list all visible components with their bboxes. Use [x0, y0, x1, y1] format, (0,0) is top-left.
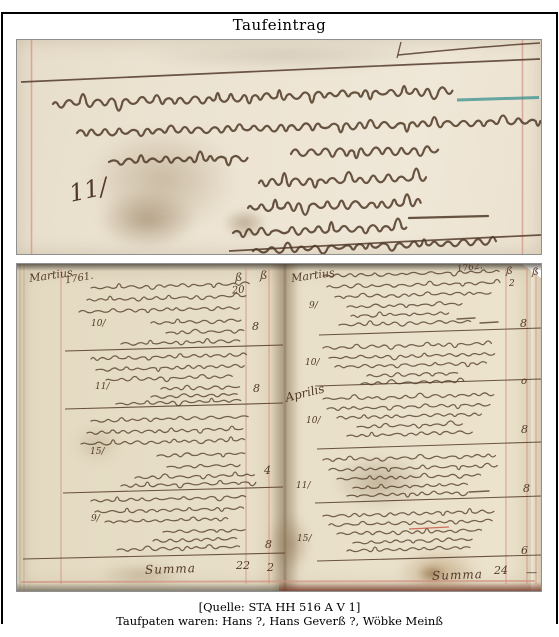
fee-value: 8 — [252, 321, 259, 332]
right-column-header-1: ß — [506, 267, 513, 277]
margin-number: 10/ — [305, 359, 319, 368]
register-scan: Martius 1761. ß 20 ß 10/ 11/ 15/ 9/ 8 8 … — [16, 263, 542, 592]
margin-number: 11/ — [296, 482, 310, 491]
margin-number: 15/ — [90, 448, 104, 457]
closeup-scan: 11/ — [16, 39, 542, 255]
margin-number: 9/ — [91, 515, 100, 524]
margin-number: 9/ — [309, 302, 318, 311]
summa-label: Summa — [432, 568, 483, 582]
fee-value: 8 — [265, 539, 272, 550]
fee-value: 6 — [521, 545, 528, 556]
closeup-handwriting-layer — [17, 40, 541, 254]
fee-value: 8 — [521, 424, 528, 435]
source-caption: [Quelle: STA HH 516 A V 1] — [0, 600, 559, 614]
summa-label: Summa — [145, 562, 196, 576]
left-column-header-2: ß — [260, 270, 267, 281]
right-column-header-2: ß — [532, 268, 539, 278]
right-page-handwriting — [323, 270, 500, 552]
fee-value: o — [521, 377, 527, 387]
summa-value: 22 — [236, 560, 250, 571]
fee-value: 4 — [264, 465, 271, 476]
fee-value: 8 — [520, 318, 527, 329]
red-underline-mark — [409, 527, 449, 529]
entry-separator-lines — [21, 42, 541, 251]
document-title: Taufeintrag — [0, 16, 559, 34]
ruled-lines — [32, 40, 523, 254]
summa-value: 24 — [494, 565, 508, 576]
margin-number: 15/ — [297, 535, 311, 544]
closeup-margin-number: 11/ — [67, 174, 110, 206]
fee-value: 8 — [523, 483, 530, 494]
left-column-header-1: ß — [235, 272, 242, 283]
report-page: Taufeintrag — [0, 0, 559, 637]
margin-number: 10/ — [306, 417, 320, 426]
handwriting-lines — [53, 86, 540, 254]
summa-value: — — [526, 567, 537, 578]
fee-value: 8 — [253, 383, 260, 394]
left-column-header-1-sub: 20 — [232, 285, 246, 296]
register-handwriting-layer — [17, 264, 541, 591]
margin-number: 11/ — [95, 383, 109, 392]
godparents-caption: Taufpaten waren: Hans ?, Hans Geverß ?, … — [0, 614, 559, 628]
margin-number: 10/ — [91, 320, 105, 329]
right-column-header-1-sub: 2 — [509, 280, 515, 289]
teal-highlight-mark — [457, 98, 539, 101]
left-page-handwriting — [79, 282, 256, 551]
summa-value: 2 — [267, 562, 274, 573]
